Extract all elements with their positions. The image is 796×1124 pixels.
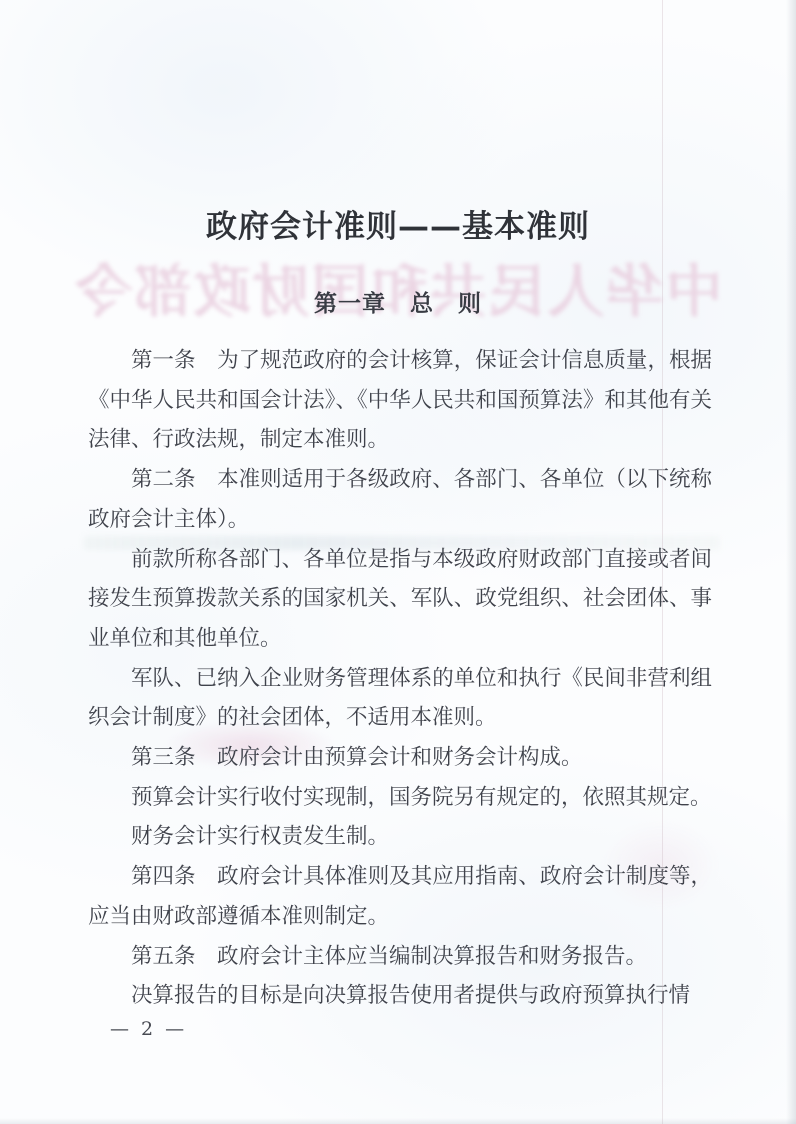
paragraph-article-1: 第一条 为了规范政府的会计核算，保证会计信息质量，根据《中华人民共和国会计法》、…	[88, 341, 712, 460]
paragraph-article-2: 第二条 本准则适用于各级政府、各部门、各单位（以下统称政府会计主体）。	[88, 460, 712, 539]
document-title: 政府会计准则——基本准则	[0, 201, 796, 246]
paragraph-article-5: 第五条 政府会计主体应当编制决算报告和财务报告。	[88, 937, 712, 977]
page-number: — 2 —	[110, 1018, 187, 1040]
paragraph-article-2-clause-3: 军队、已纳入企业财务管理体系的单位和执行《民间非营利组织会计制度》的社会团体，不…	[88, 659, 712, 738]
paper-edge-shadow-bottom	[0, 1118, 796, 1124]
chapter-heading: 第一章 总 则	[0, 285, 796, 318]
paragraph-article-3-clause-2: 预算会计实行收付实现制，国务院另有规定的，依照其规定。	[88, 778, 712, 818]
paper-edge-shadow-right	[786, 0, 796, 1124]
paragraph-article-3: 第三条 政府会计由预算会计和财务会计构成。	[88, 738, 712, 778]
paragraph-article-3-clause-3: 财务会计实行权责发生制。	[88, 817, 712, 857]
paragraph-article-5-clause-2: 决算报告的目标是向决算报告使用者提供与政府预算执行情	[88, 976, 712, 1016]
scanned-document-page: 中华人民共和国财政部令 政府会计准则——基本准则 第一章 总 则 第一条 为了规…	[0, 0, 796, 1124]
paragraph-article-2-clause-2: 前款所称各部门、各单位是指与本级政府财政部门直接或者间接发生预算拨款关系的国家机…	[88, 540, 712, 659]
paragraph-article-4: 第四条 政府会计具体准则及其应用指南、政府会计制度等，应当由财政部遵循本准则制定…	[88, 857, 712, 936]
document-body: 第一条 为了规范政府的会计核算，保证会计信息质量，根据《中华人民共和国会计法》、…	[88, 341, 712, 1016]
